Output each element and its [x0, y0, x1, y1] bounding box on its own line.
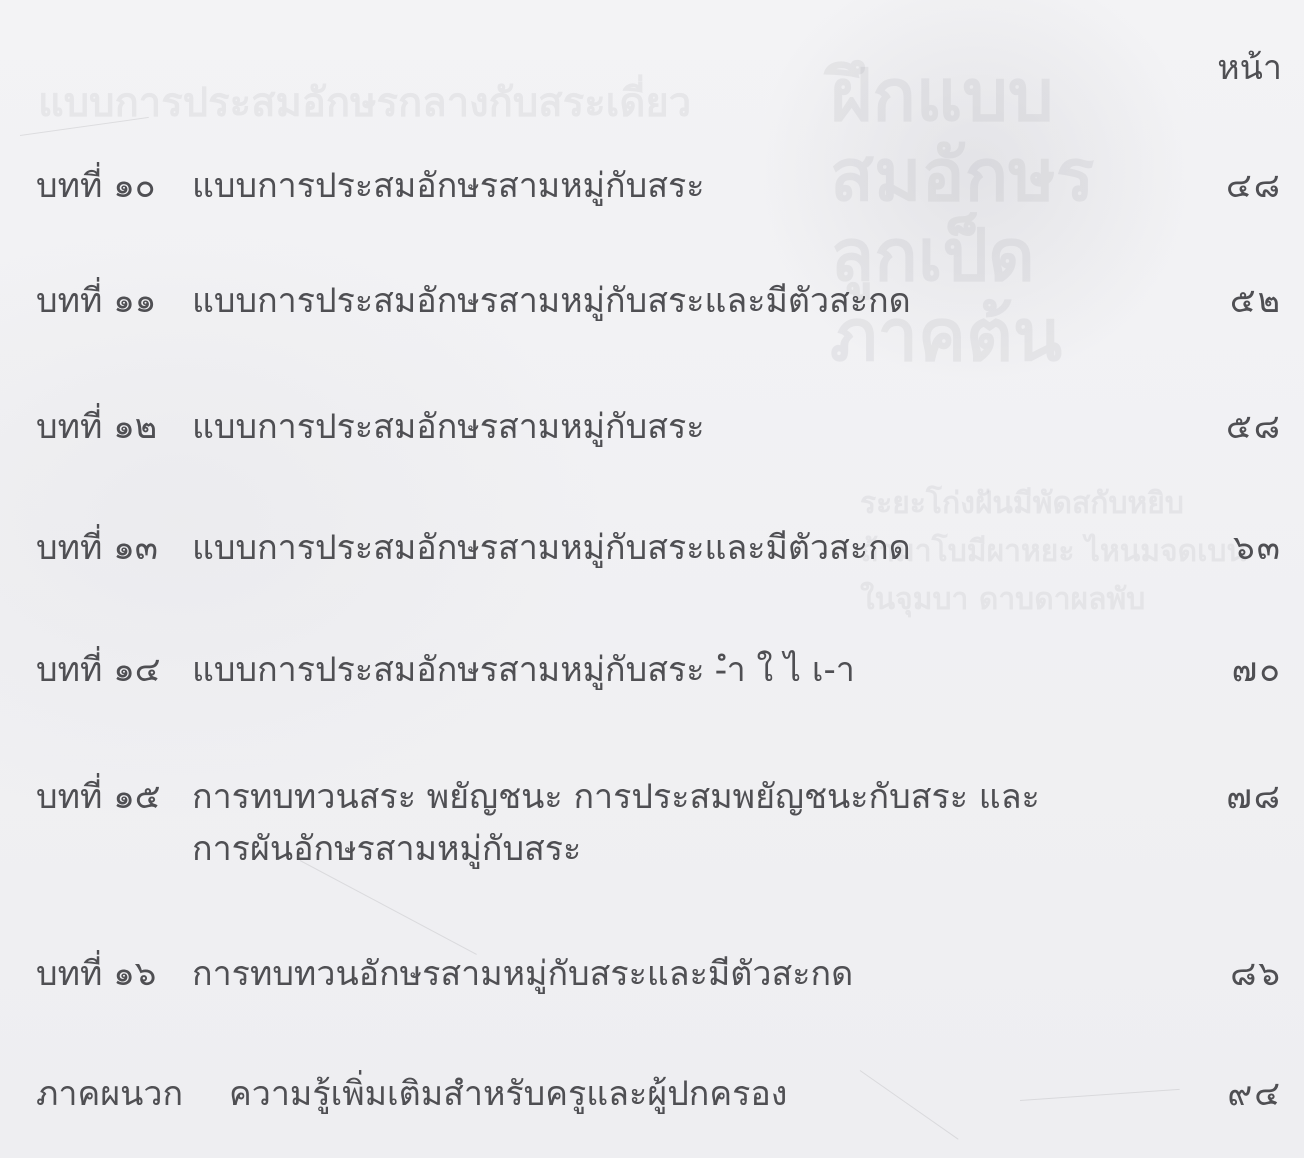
chapter-title: แบบการประสมอักษรสามหมู่กับสระ	[192, 160, 1152, 212]
show-through-row: ระยะโก่งฝันมีพัดสกับหยิบ	[860, 480, 1247, 528]
chapter-title-line: แบบการประสมอักษรสามหมู่กับสระ	[192, 160, 1152, 212]
chapter-number: บทที่ ๑๓	[36, 522, 158, 574]
chapter-number: บทที่ ๑๖	[36, 948, 156, 1000]
appendix-label: ภาคผนวก	[36, 1068, 183, 1120]
page-number: ๔๘	[1226, 160, 1282, 212]
chapter-number: บทที่ ๑๑	[36, 275, 156, 327]
chapter-title-line: แบบการประสมอักษรสามหมู่กับสระและมีตัวสะก…	[192, 275, 1152, 327]
chapter-title: แบบการประสมอักษรสามหมู่กับสระ -ำ ใ ไ เ-า	[192, 644, 1152, 696]
toc-entry-chapter-15[interactable]: บทที่ ๑๕ การทบทวนสระ พยัญชนะ การประสมพยั…	[36, 771, 1282, 875]
chapter-title: การทบทวนอักษรสามหมู่กับสระและมีตัวสะกด	[192, 948, 1152, 1000]
paper-scratch	[20, 117, 149, 136]
chapter-title: แบบการประสมอักษรสามหมู่กับสระ	[192, 401, 1152, 453]
chapter-title-line: แบบการประสมอักษรสามหมู่กับสระ -ำ ใ ไ เ-า	[192, 644, 1152, 696]
page-number: ๖๓	[1233, 522, 1282, 574]
page-column-label: หน้า	[1217, 40, 1282, 94]
chapter-title-line: การผันอักษรสามหมู่กับสระ	[192, 823, 1152, 875]
show-through-cover-art: ฝึกแบบ สมอักษร ลูกเป็ด ภาคต้น	[830, 55, 1150, 375]
chapter-number: บทที่ ๑๒	[36, 401, 157, 453]
chapter-title: การทบทวนสระ พยัญชนะ การประสมพยัญชนะกับสร…	[192, 771, 1152, 875]
appendix-title: ความรู้เพิ่มเติมสำหรับครูและผู้ปกครอง	[229, 1068, 1189, 1120]
show-through-row: ในจุมบา ดาบดาผลพับ	[860, 576, 1247, 624]
page-number: ๗๐	[1232, 644, 1282, 696]
page-number: ๕๒	[1230, 275, 1282, 327]
appendix-title-line: ความรู้เพิ่มเติมสำหรับครูและผู้ปกครอง	[229, 1068, 1189, 1120]
show-through-cover-line: ฝึกแบบ	[830, 55, 1150, 135]
page-number: ๙๔	[1227, 1068, 1282, 1120]
page-number: ๘๖	[1230, 948, 1282, 1000]
chapter-title: แบบการประสมอักษรสามหมู่กับสระและมีตัวสะก…	[192, 522, 1152, 574]
chapter-number: บทที่ ๑๕	[36, 771, 161, 823]
chapter-title-line: การทบทวนอักษรสามหมู่กับสระและมีตัวสะกด	[192, 948, 1152, 1000]
chapter-title: แบบการประสมอักษรสามหมู่กับสระและมีตัวสะก…	[192, 275, 1152, 327]
chapter-title-line: แบบการประสมอักษรสามหมู่กับสระและมีตัวสะก…	[192, 522, 1152, 574]
chapter-title-line: การทบทวนสระ พยัญชนะ การประสมพยัญชนะกับสร…	[192, 771, 1152, 823]
show-through-heading: แบบการประสมอักษรกลางกับสระเดี่ยว	[38, 70, 691, 134]
chapter-number: บทที่ ๑๐	[36, 160, 156, 212]
chapter-title-line: แบบการประสมอักษรสามหมู่กับสระ	[192, 401, 1152, 453]
page-number: ๗๘	[1226, 771, 1282, 823]
page-number: ๕๘	[1226, 401, 1282, 453]
chapter-number: บทที่ ๑๔	[36, 644, 161, 696]
